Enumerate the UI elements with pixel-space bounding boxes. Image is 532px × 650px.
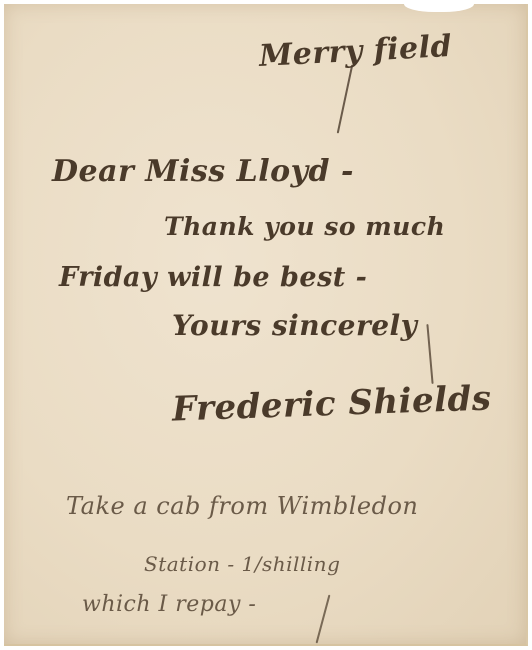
letter-address: Merry field bbox=[258, 29, 453, 74]
letter-signature: Frederic Shields bbox=[171, 378, 492, 429]
pen-stroke-decoration bbox=[426, 324, 433, 384]
letter-salutation: Dear Miss Lloyd - bbox=[52, 154, 354, 189]
torn-edge bbox=[404, 2, 474, 12]
letter-closing: Yours sincerely bbox=[172, 309, 417, 342]
postscript-line: Take a cab from Wimbledon bbox=[66, 492, 418, 520]
letter-body-line: Thank you so much bbox=[164, 212, 445, 241]
letter-sheet: Merry field Dear Miss Lloyd - Thank you … bbox=[4, 4, 528, 646]
pen-stroke-decoration bbox=[316, 595, 331, 644]
pen-stroke-decoration bbox=[337, 65, 354, 134]
letter-body-line: Friday will be best - bbox=[59, 262, 367, 293]
postscript-line: which I repay - bbox=[82, 592, 256, 617]
postscript-line: Station - 1/shilling bbox=[144, 552, 340, 576]
